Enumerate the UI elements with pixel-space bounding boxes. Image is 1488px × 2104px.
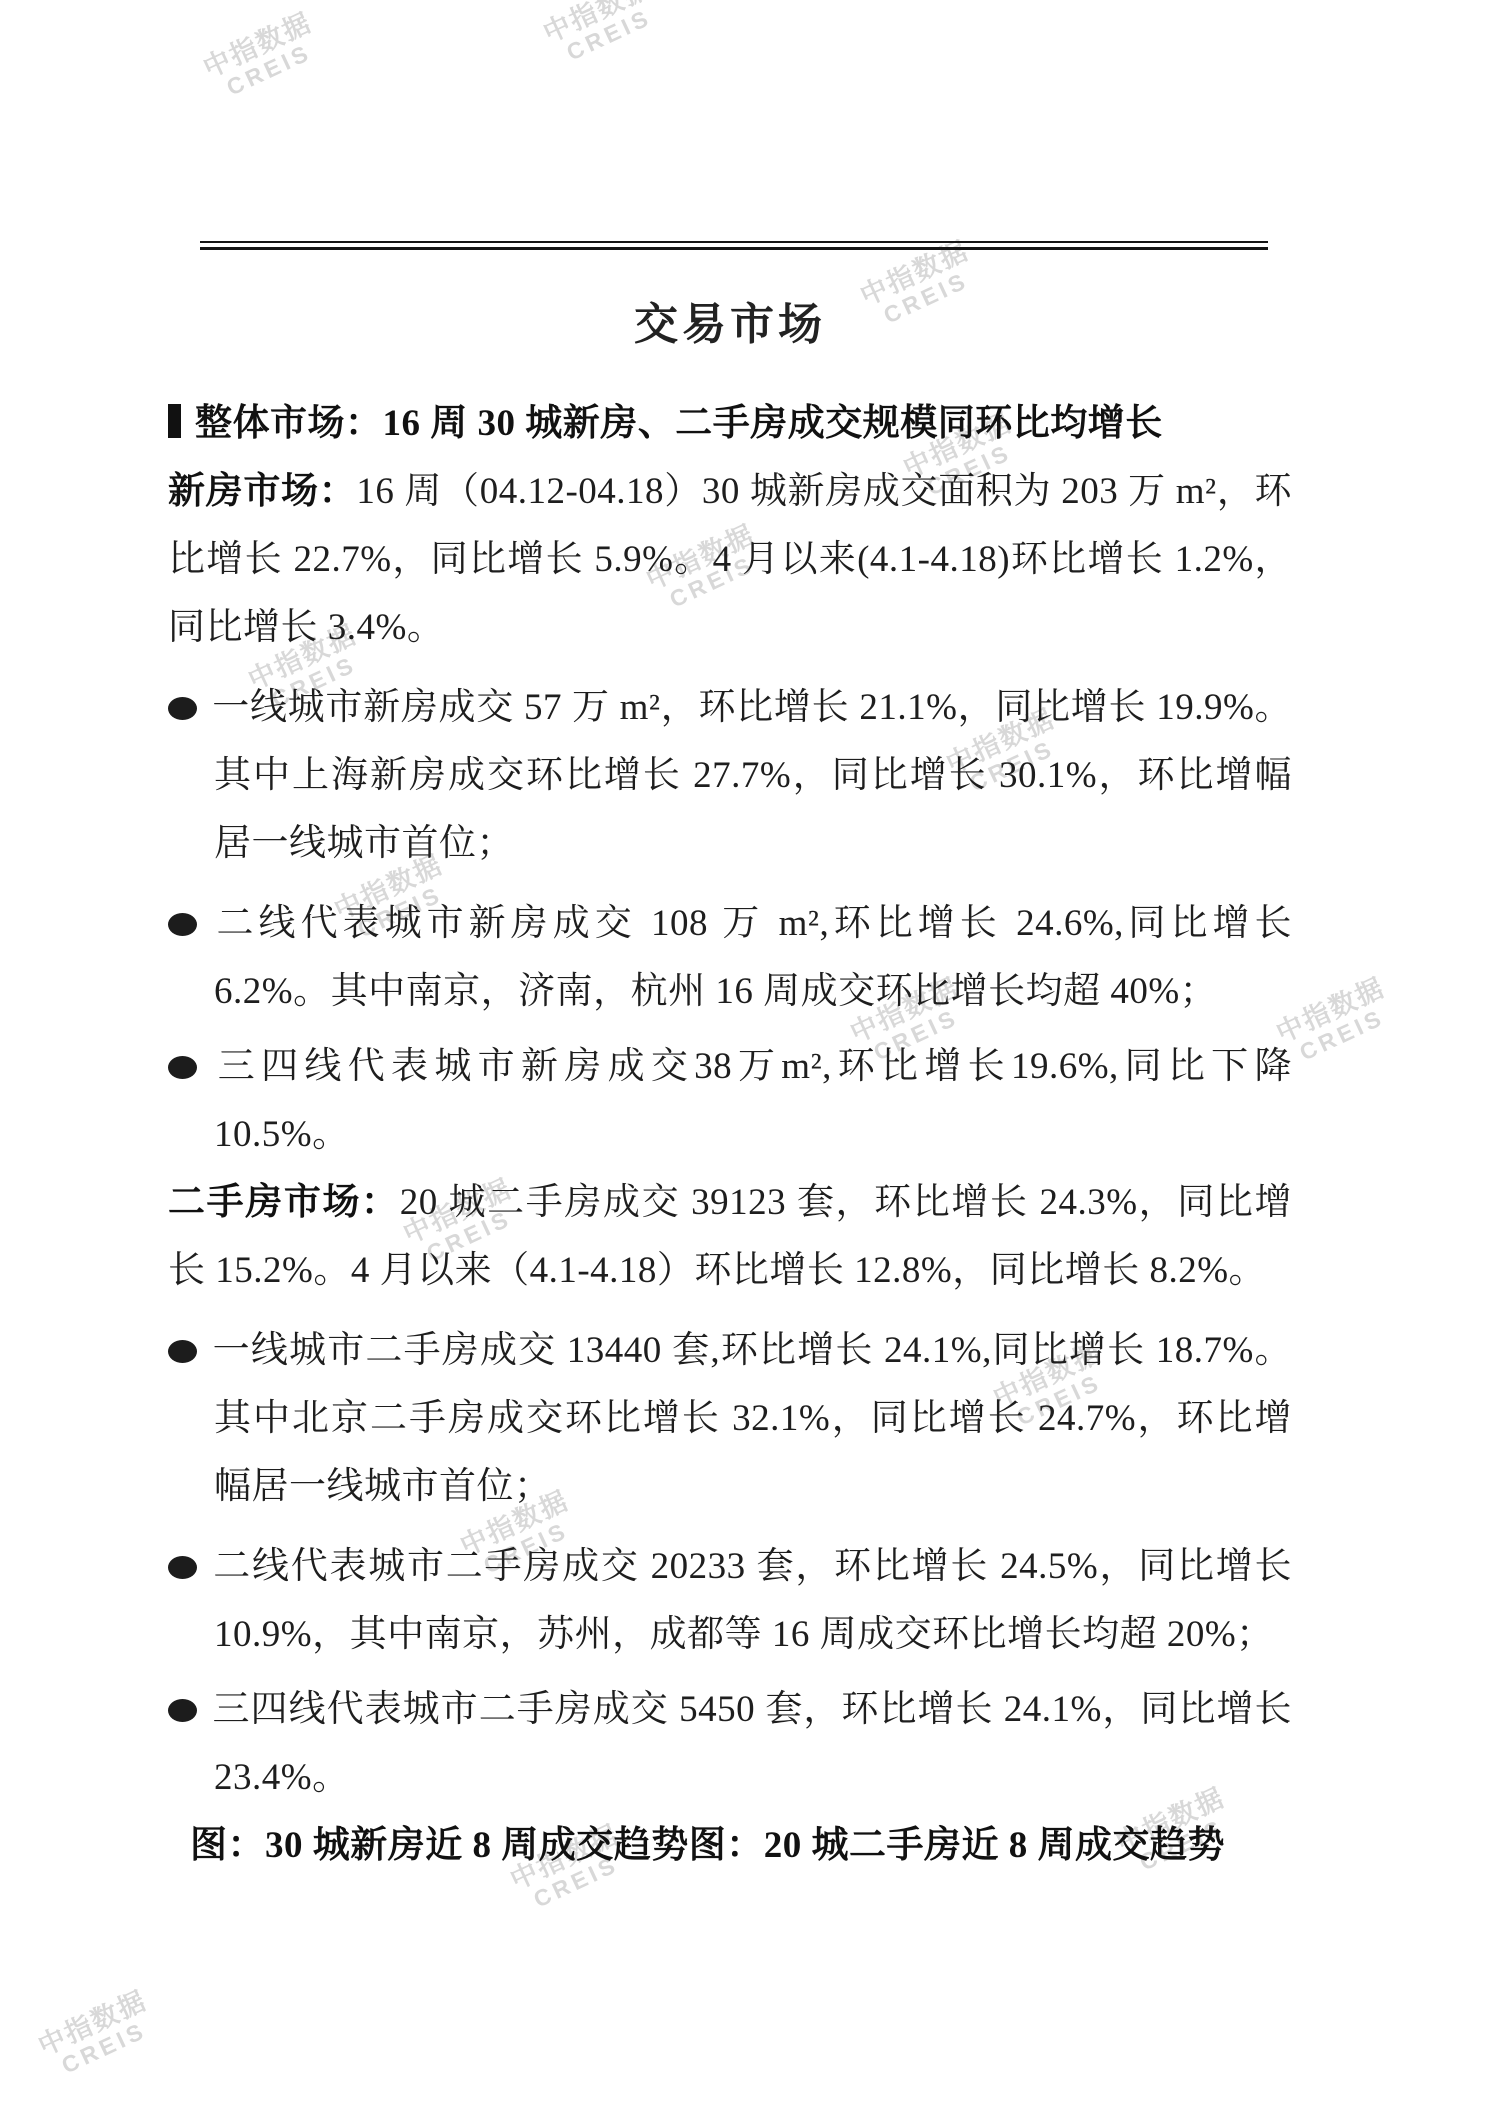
bullet-icon [168, 1056, 197, 1079]
watermark: 中指数据CREIS [539, 0, 667, 71]
resale-paragraph: 二手房市场：20 城二手房成交 39123 套，环比增长 24.3%，同比增长 … [168, 1169, 1292, 1305]
list-item-text: 一线城市新房成交 57 万 m²，环比增长 21.1%，同比增长 19.9%。其… [212, 687, 1292, 864]
list-item: 三四线代表城市二手房成交 5450 套，环比增长 24.1%，同比增长 23.4… [168, 1676, 1292, 1812]
figure-caption: 图：30 城新房近 8 周成交趋势图：20 城二手房近 8 周成交趋势 [168, 1812, 1292, 1880]
list-item: 一线城市新房成交 57 万 m²，环比增长 21.1%，同比增长 19.9%。其… [168, 674, 1292, 878]
bullet-icon [168, 1556, 197, 1579]
list-item-text: 一线城市二手房成交 13440 套,环比增长 24.1%,同比增长 18.7%。… [212, 1330, 1292, 1507]
bullet-icon [168, 697, 197, 720]
header-double-rule [200, 241, 1268, 250]
section-marker-bar-icon [168, 404, 181, 438]
report-body: 整体市场：16 周 30 城新房、二手房成交规模同环比均增长 新房市场：16 周… [168, 390, 1292, 1880]
watermark: 中指数据CREIS [34, 1986, 162, 2084]
new-home-paragraph: 新房市场：16 周（04.12-04.18）30 城新房成交面积为 203 万 … [168, 458, 1292, 662]
list-item: 一线城市二手房成交 13440 套,环比增长 24.1%,同比增长 18.7%。… [168, 1317, 1292, 1521]
list-item-text: 三四线代表城市新房成交38万m²,环比增长19.6%,同比下降10.5%。 [212, 1046, 1292, 1155]
list-item: 二线代表城市新房成交 108 万 m²,环比增长 24.6%,同比增长 6.2%… [168, 890, 1292, 1026]
section-header: 整体市场：16 周 30 城新房、二手房成交规模同环比均增长 [168, 390, 1292, 458]
watermark: 中指数据CREIS [199, 8, 327, 106]
bullet-icon [168, 1340, 197, 1363]
bullet-icon [168, 1699, 197, 1722]
page-title: 交易市场 [168, 288, 1292, 352]
list-item: 三四线代表城市新房成交38万m²,环比增长19.6%,同比下降10.5%。 [168, 1033, 1292, 1169]
list-item-text: 二线代表城市二手房成交 20233 套，环比增长 24.5%，同比增长 10.9… [212, 1546, 1292, 1655]
list-item-text: 三四线代表城市二手房成交 5450 套，环比增长 24.1%，同比增长 23.4… [212, 1689, 1292, 1798]
new-home-label: 新房市场： [168, 471, 356, 512]
section-header-text: 整体市场：16 周 30 城新房、二手房成交规模同环比均增长 [195, 403, 1163, 444]
resale-label: 二手房市场： [168, 1182, 400, 1223]
report-page: 中指数据CREIS中指数据CREIS中指数据CREIS中指数据CREIS中指数据… [0, 0, 1488, 2104]
list-item: 二线代表城市二手房成交 20233 套，环比增长 24.5%，同比增长 10.9… [168, 1533, 1292, 1669]
bullet-icon [168, 913, 197, 936]
list-item-text: 二线代表城市新房成交 108 万 m²,环比增长 24.6%,同比增长 6.2%… [212, 903, 1292, 1012]
